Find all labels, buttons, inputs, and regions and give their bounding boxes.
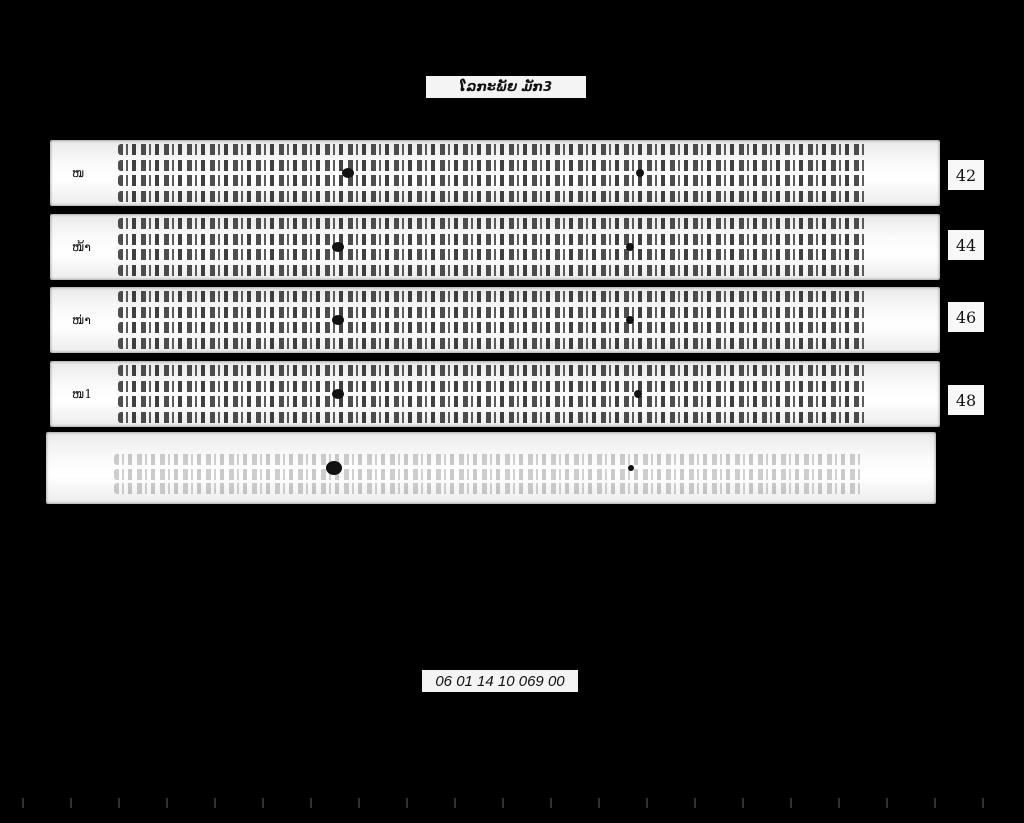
script-lines <box>118 365 868 423</box>
page-number-tag: 42 <box>948 160 984 190</box>
palm-leaf-page-44: ໜ້າ <box>50 214 940 280</box>
margin-note: ໜ່າ <box>72 313 91 327</box>
script-lines <box>118 218 868 276</box>
binding-hole-icon <box>628 465 634 471</box>
page-number-tag: 44 <box>948 230 984 260</box>
palm-leaf-page-42: ໜ <box>50 140 940 206</box>
binding-hole-icon <box>626 316 634 324</box>
margin-note: ໜ <box>72 166 84 180</box>
binding-hole-icon <box>634 390 642 398</box>
binding-hole-icon <box>342 168 354 178</box>
binding-hole-icon <box>636 169 644 177</box>
margin-note: ໜ1 <box>72 387 92 401</box>
palm-leaf-faded <box>46 432 936 504</box>
palm-leaf-page-46: ໜ່າ <box>50 287 940 353</box>
binding-hole-icon <box>326 461 342 475</box>
binding-hole-icon <box>626 243 634 251</box>
script-lines <box>118 291 868 349</box>
page-number-tag: 46 <box>948 302 984 332</box>
page-number-tag: 48 <box>948 385 984 415</box>
binding-hole-icon <box>332 315 344 325</box>
script-lines <box>114 454 864 494</box>
binding-hole-icon <box>332 242 344 252</box>
margin-note: ໜ້າ <box>72 240 91 254</box>
palm-leaf-page-48: ໜ1 <box>50 361 940 427</box>
archive-id-label: 06 01 14 10 069 00 <box>422 670 578 692</box>
manuscript-title-label: ໂລກະພັຍ ມັກ3 <box>426 76 586 98</box>
script-lines <box>118 144 868 202</box>
scan-edge-noise <box>0 798 1024 808</box>
binding-hole-icon <box>332 389 344 399</box>
